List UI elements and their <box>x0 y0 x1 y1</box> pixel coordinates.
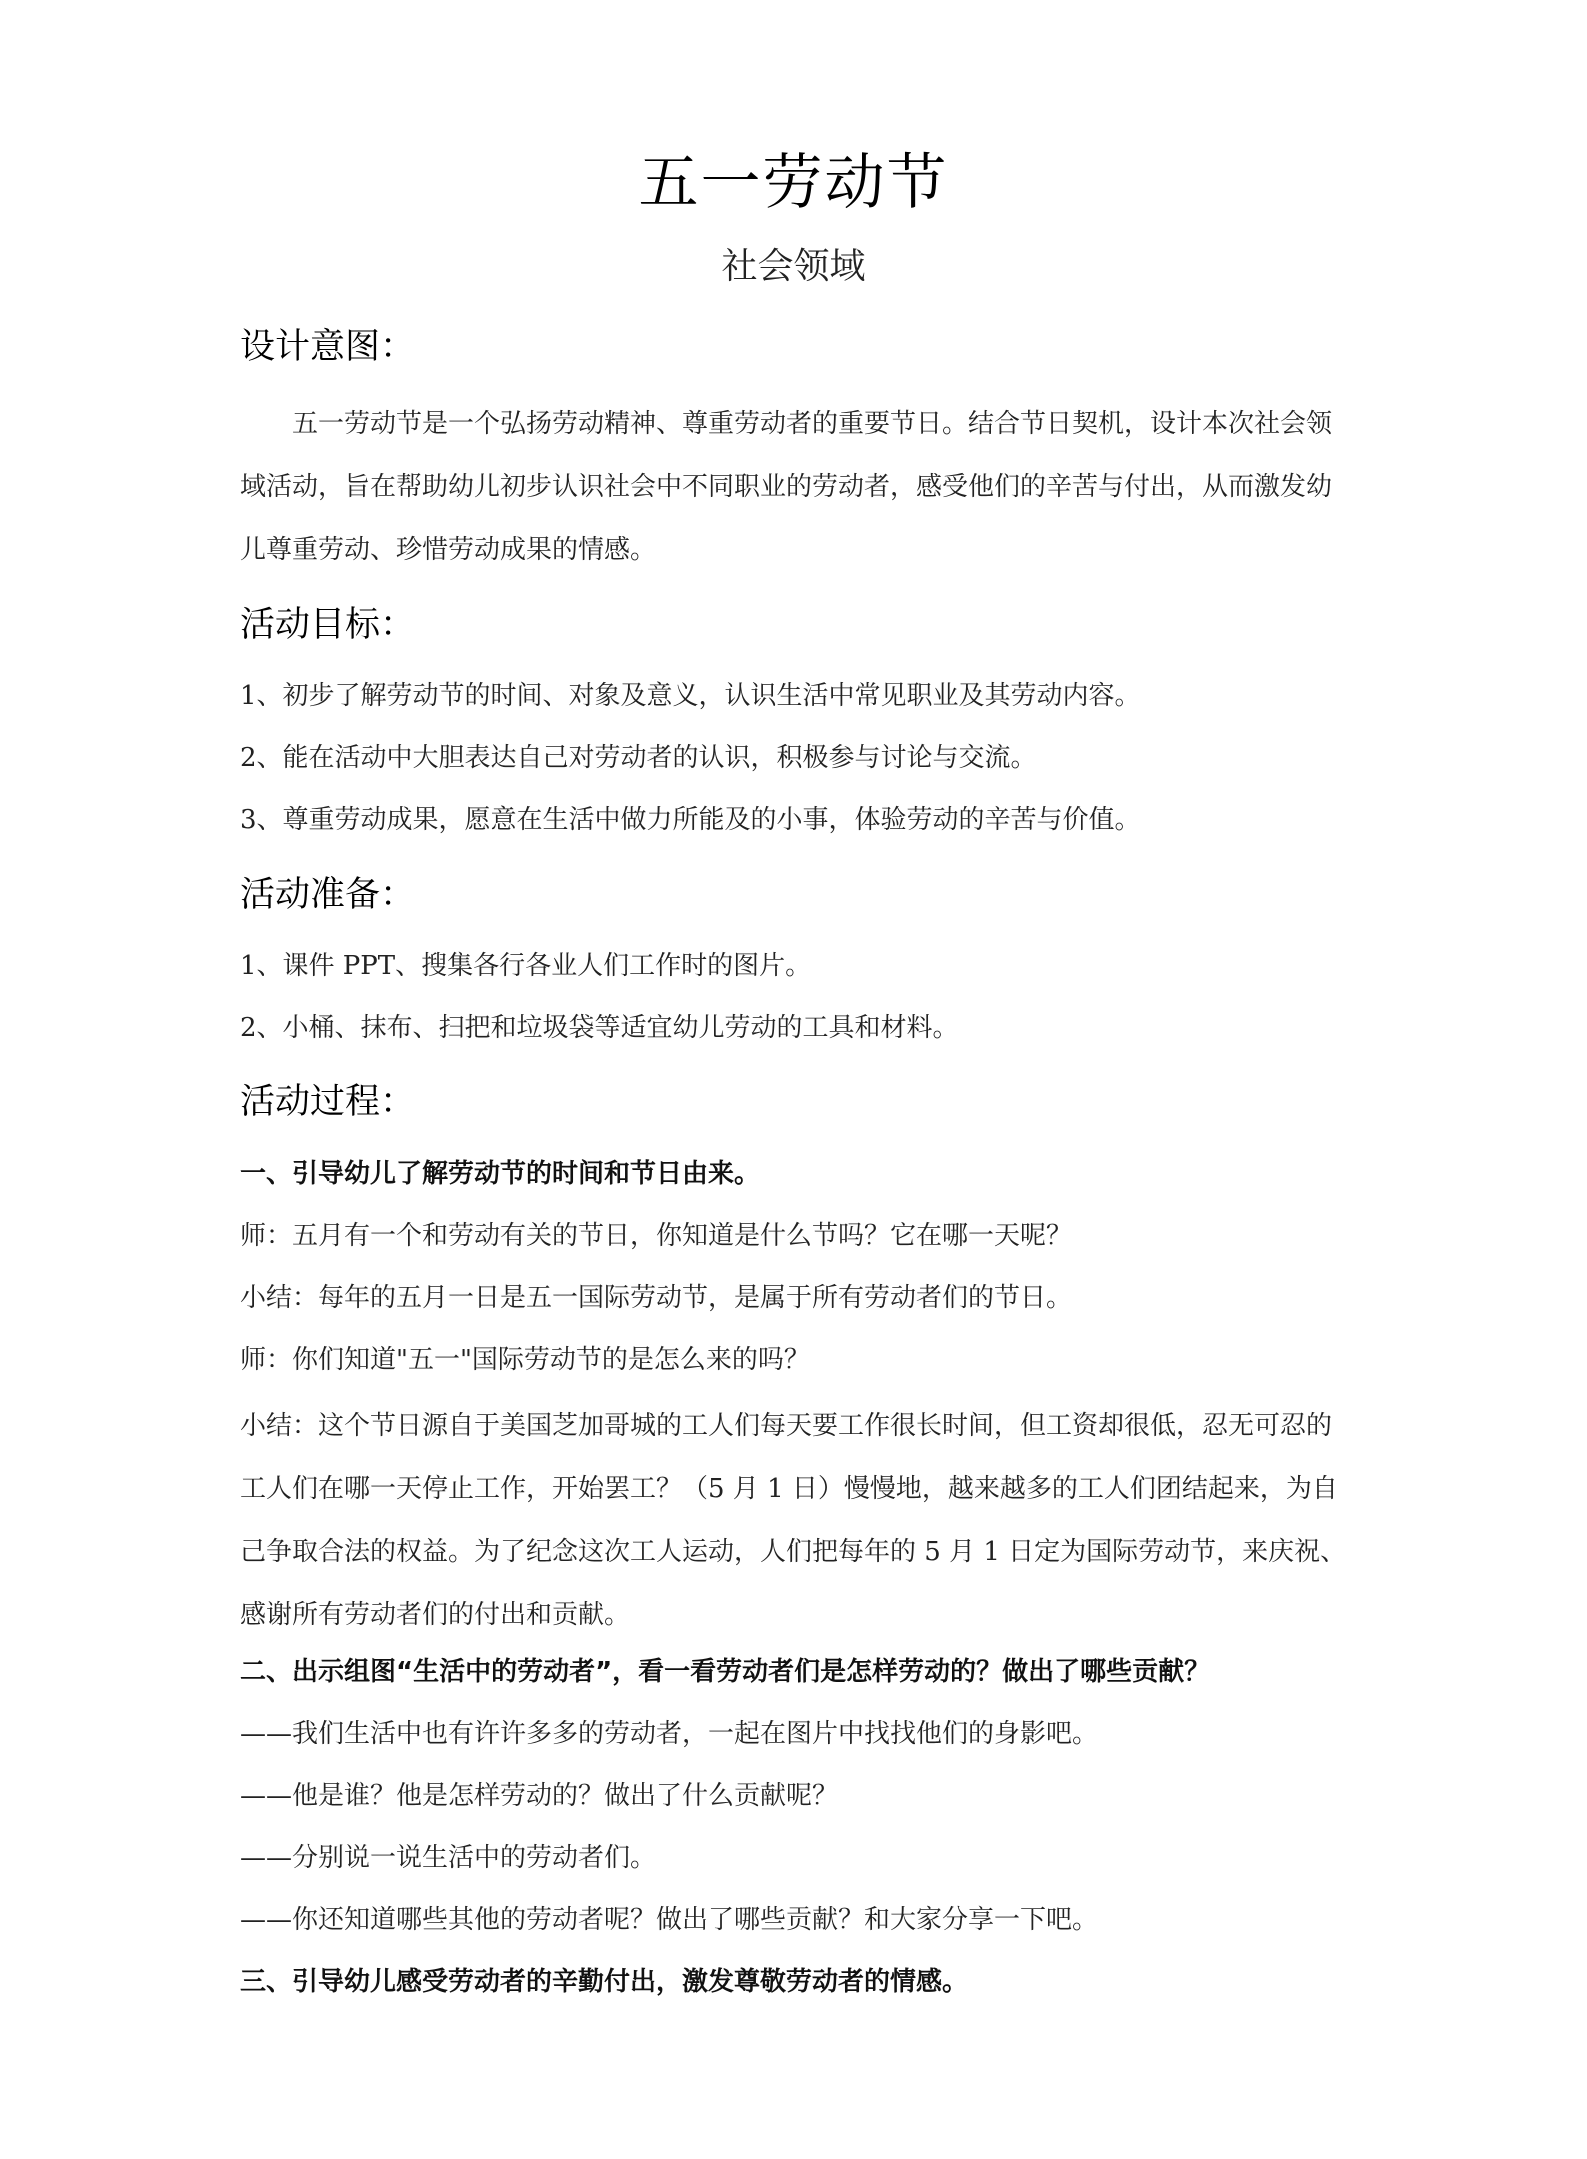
process-step-2-title: 二、出示组图“生活中的劳动者”，看一看劳动者们是怎样劳动的？做出了哪些贡献？ <box>240 1654 1210 1690</box>
process-step-3-title: 三、引导幼儿感受劳动者的辛勤付出，激发尊敬劳动者的情感。 <box>240 1964 968 2000</box>
preparation-item-1: 1、课件 PPT、搜集各行各业人们工作时的图片。 <box>240 948 811 984</box>
heading-preparation: 活动准备： <box>240 873 415 917</box>
design-intent-paragraph: 五一劳动节是一个弘扬劳动精神、尊重劳动者的重要节日。结合节日契机，设计本次社会领… <box>240 393 1350 582</box>
heading-goals: 活动目标： <box>240 603 415 647</box>
process-step-1-title: 一、引导幼儿了解劳动节的时间和节日由来。 <box>240 1156 760 1192</box>
process-step-1-line-2: 小结：每年的五月一日是五一国际劳动节，是属于所有劳动者们的节日。 <box>240 1280 1072 1316</box>
document-title: 五一劳动节 <box>0 148 1587 218</box>
goal-item-1: 1、初步了解劳动节的时间、对象及意义，认识生活中常见职业及其劳动内容。 <box>240 678 1141 714</box>
goal-item-3: 3、尊重劳动成果，愿意在生活中做力所能及的小事，体验劳动的辛苦与价值。 <box>240 802 1141 838</box>
heading-process: 活动过程： <box>240 1080 415 1124</box>
process-step-2-line-3: ——分别说一说生活中的劳动者们。 <box>240 1840 656 1876</box>
preparation-item-2: 2、小桶、抹布、扫把和垃圾袋等适宜幼儿劳动的工具和材料。 <box>240 1010 959 1046</box>
document-subtitle: 社会领域 <box>0 245 1587 289</box>
process-step-1-summary: 小结：这个节日源自于美国芝加哥城的工人们每天要工作很长时间，但工资却很低，忍无可… <box>240 1395 1350 1647</box>
process-step-1-line-3: 师：你们知道"五一"国际劳动节的是怎么来的吗？ <box>240 1342 810 1378</box>
document-page: 五一劳动节 社会领域 设计意图： 五一劳动节是一个弘扬劳动精神、尊重劳动者的重要… <box>0 0 1587 2159</box>
process-step-1-line-1: 师：五月有一个和劳动有关的节日，你知道是什么节吗？它在哪一天呢？ <box>240 1218 1072 1254</box>
process-step-2-line-1: ——我们生活中也有许许多多的劳动者，一起在图片中找找他们的身影吧。 <box>240 1716 1098 1752</box>
process-step-2-line-4: ——你还知道哪些其他的劳动者呢？做出了哪些贡献？和大家分享一下吧。 <box>240 1902 1098 1938</box>
process-step-2-line-2: ——他是谁？他是怎样劳动的？做出了什么贡献呢？ <box>240 1778 838 1814</box>
heading-design-intent: 设计意图： <box>240 325 415 369</box>
goal-item-2: 2、能在活动中大胆表达自己对劳动者的认识，积极参与讨论与交流。 <box>240 740 1037 776</box>
